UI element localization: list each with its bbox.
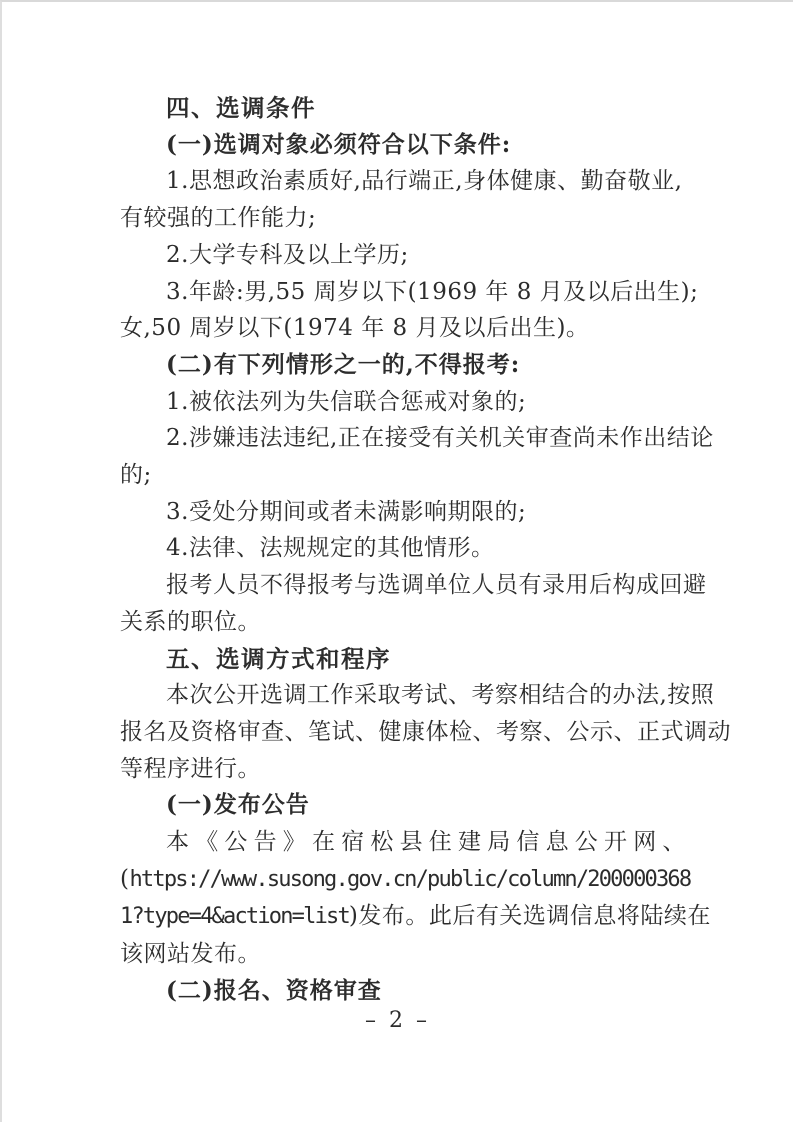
subheading-5-1: (一)发布公告	[120, 787, 693, 824]
list-item-line: 2.涉嫌违法违纪,正在接受有关机关审查尚未作出结论	[120, 420, 693, 457]
subheading-4-2: (二)有下列情形之一的,不得报考:	[120, 347, 693, 384]
paragraph-line: 报考人员不得报考与选调单位人员有录用后构成回避	[120, 567, 693, 604]
url-text: https://www.susong.gov.cn/public/column/…	[129, 867, 690, 892]
list-item-line: 1.被依法列为失信联合惩戒对象的;	[120, 384, 693, 421]
url-line: 1?type=4&action=list)发布。此后有关选调信息将陆续在	[120, 898, 693, 936]
paragraph-line: 本《公告》在宿松县住建局信息公开网、	[120, 824, 693, 861]
heading-section-4: 四、选调条件	[120, 90, 693, 127]
document-body: 四、选调条件 (一)选调对象必须符合以下条件: 1.思想政治素质好,品行端正,身…	[2, 2, 793, 1010]
document-page: 四、选调条件 (一)选调对象必须符合以下条件: 1.思想政治素质好,品行端正,身…	[0, 0, 793, 1122]
list-item-line: 2.大学专科及以上学历;	[120, 237, 693, 274]
list-item-line: 有较强的工作能力;	[120, 200, 693, 237]
subheading-4-1: (一)选调对象必须符合以下条件:	[120, 127, 693, 164]
paragraph-text: )发布。此后有关选调信息将陆续在	[349, 903, 711, 929]
list-item-line: 3.年龄:男,55 周岁以下(1969 年 8 月及以后出生);	[120, 274, 693, 311]
list-item-line: 女,50 周岁以下(1974 年 8 月及以后出生)。	[120, 310, 693, 347]
list-item-line: 4.法律、法规规定的其他情形。	[120, 530, 693, 567]
paragraph-line: 关系的职位。	[120, 604, 693, 641]
url-line: (https://www.susong.gov.cn/public/column…	[120, 861, 693, 899]
list-item-line: 1.思想政治素质好,品行端正,身体健康、勤奋敬业,	[120, 163, 693, 200]
paragraph-line: 该网站发布。	[120, 936, 693, 973]
paragraph-line: 等程序进行。	[120, 751, 693, 788]
url-text: 1?type=4&action=list	[120, 904, 349, 929]
paragraph-line: 报名及资格审查、笔试、健康体检、考察、公示、正式调动	[120, 714, 693, 751]
subheading-5-2: (二)报名、资格审查	[120, 973, 693, 1010]
paragraph-line: 本次公开选调工作采取考试、考察相结合的办法,按照	[120, 677, 693, 714]
list-item-line: 的;	[120, 457, 693, 494]
heading-section-5: 五、选调方式和程序	[120, 641, 693, 678]
list-item-line: 3.受处分期间或者未满影响期限的;	[120, 494, 693, 531]
page-number: – 2 –	[2, 1008, 793, 1033]
